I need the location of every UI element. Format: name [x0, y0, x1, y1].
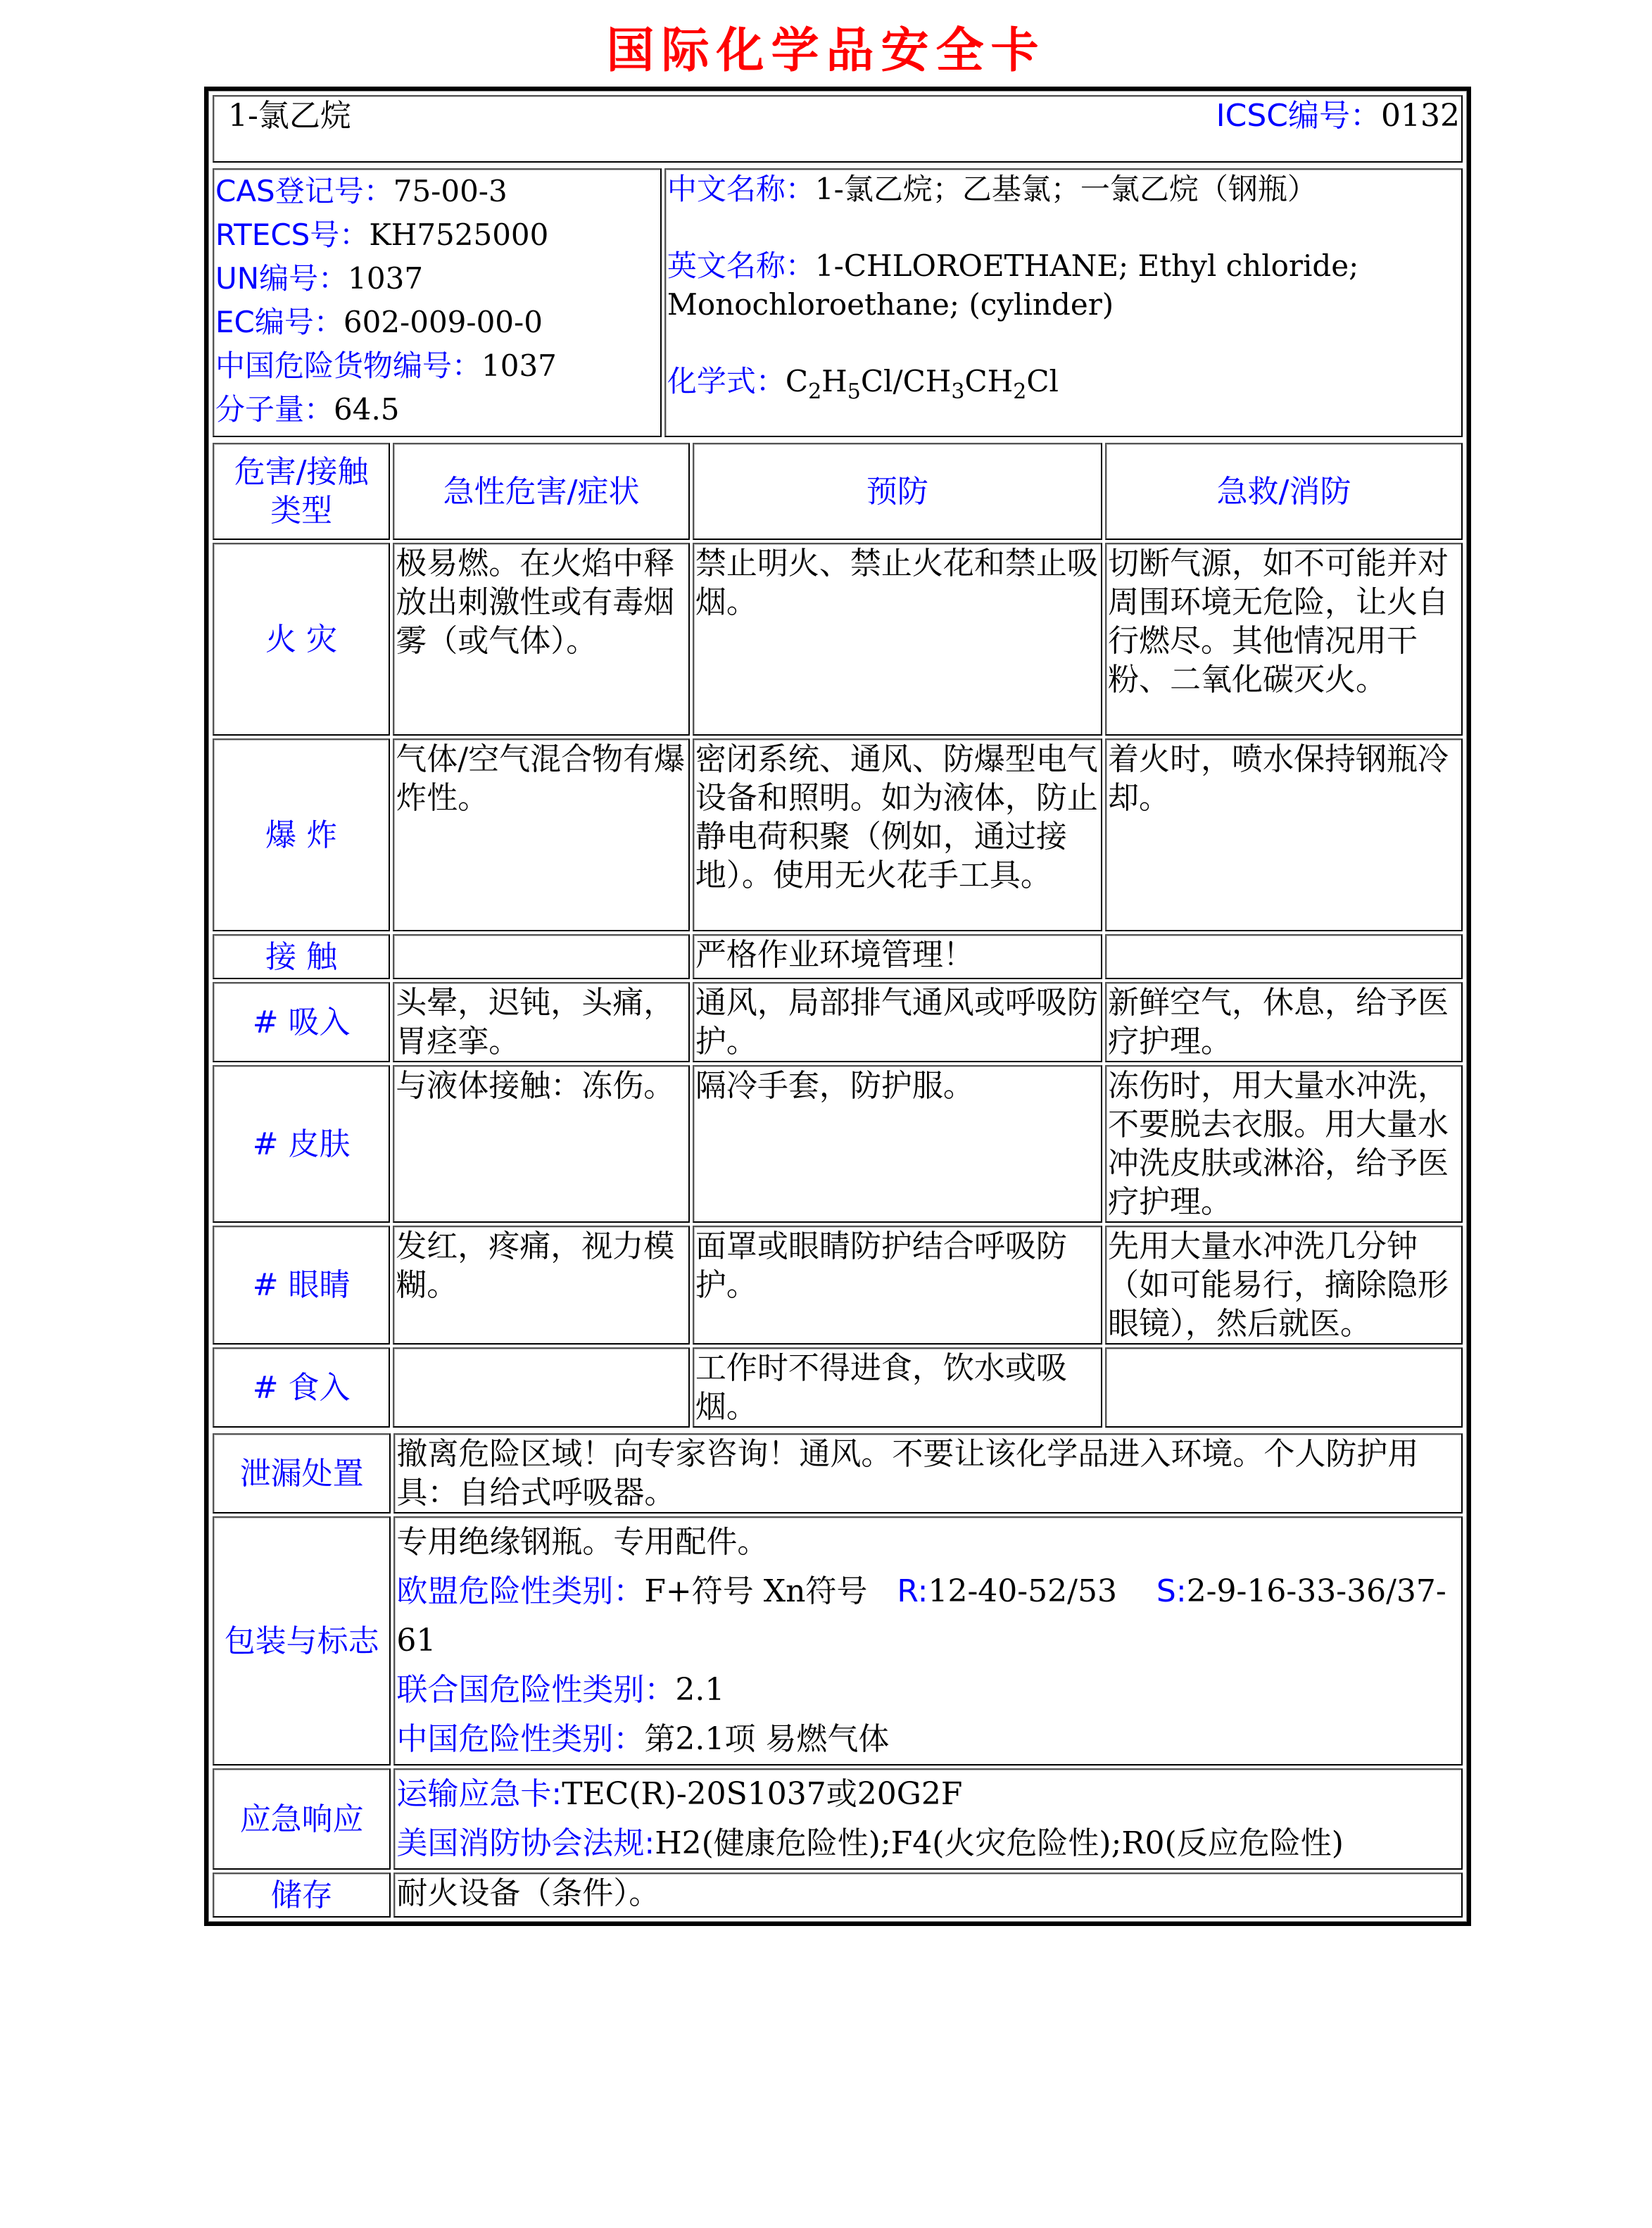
eu-classification: 欧盟危险性类别：F+符号 Xn符号 R:12-40-52/53 S:2-9-16… — [396, 1567, 1460, 1666]
id-rtecs: RTECS号：KH7525000 — [215, 213, 659, 257]
packaging-label: 包装与标志 — [213, 1516, 391, 1766]
id-label: EC编号： — [215, 305, 343, 339]
s-label: S: — [1156, 1573, 1187, 1609]
chinese-name-label: 中文名称： — [667, 172, 815, 206]
chemical-name-cell: 1-氯乙烷 ICSC编号：0132 — [213, 95, 1463, 163]
prevention-cell: 面罩或眼睛防护结合呼吸防护。 — [693, 1226, 1102, 1345]
storage-label: 储存 — [213, 1873, 391, 1918]
first-aid-cell — [1105, 1347, 1463, 1428]
r-value: 12-40-52/53 — [928, 1573, 1117, 1609]
hazard-row-explosion: 爆 炸 气体/空气混合物有爆炸性。 密闭系统、通风、防爆型电气设备和照明。如为液… — [213, 738, 1463, 931]
first-aid-cell: 冻伤时，用大量水冲洗，不要脱去衣服。用大量水冲洗皮肤或淋浴，给予医疗护理。 — [1105, 1065, 1463, 1223]
id-molecular-weight: 分子量：64.5 — [215, 388, 659, 432]
eu-value: F+符号 Xn符号 — [644, 1573, 867, 1609]
hazard-type: 火 灾 — [213, 543, 390, 736]
prevention-cell: 隔冷手套，防护服。 — [693, 1065, 1102, 1223]
id-value: 1037 — [481, 348, 557, 383]
id-cas: CAS登记号：75-00-3 — [215, 170, 659, 213]
id-value: 602-009-00-0 — [343, 305, 543, 339]
col-header-type: 危害/接触类型 — [213, 443, 390, 540]
nfpa-rating: 美国消防协会法规:H2(健康危险性);F4(火灾危险性);R0(反应危险性) — [396, 1819, 1460, 1868]
r-label: R: — [897, 1573, 928, 1609]
english-name: 英文名称：1-CHLOROETHANE; Ethyl chloride; Mon… — [667, 246, 1460, 324]
hazard-table-header: 危害/接触类型 急性危害/症状 预防 急救/消防 — [213, 443, 1463, 540]
hazard-row-eyes: # 眼睛 发红，疼痛，视力模糊。 面罩或眼睛防护结合呼吸防护。 先用大量水冲洗几… — [213, 1226, 1463, 1345]
prevention-cell: 禁止明火、禁止火花和禁止吸烟。 — [693, 543, 1102, 736]
formula-value: C2H5Cl/CH3CH2Cl — [786, 364, 1059, 398]
first-aid-cell: 新鲜空气，休息，给予医疗护理。 — [1105, 982, 1463, 1062]
first-aid-cell: 切断气源，如不可能并对周围环境无危险，让火自行燃尽。其他情况用干粉、二氧化碳灭火… — [1105, 543, 1463, 736]
packaging-row: 包装与标志 专用绝缘钢瓶。专用配件。 欧盟危险性类别：F+符号 Xn符号 R:1… — [213, 1516, 1463, 1766]
nfpa-label: 美国消防协会法规: — [396, 1825, 655, 1861]
id-un: UN编号：1037 — [215, 257, 659, 301]
emergency-cell: 运输应急卡:TEC(R)-20S1037或20G2F 美国消防协会法规:H2(健… — [393, 1768, 1463, 1870]
packaging-container: 专用绝缘钢瓶。专用配件。 — [396, 1518, 1460, 1567]
emergency-row: 应急响应 运输应急卡:TEC(R)-20S1037或20G2F 美国消防协会法规… — [213, 1768, 1463, 1870]
id-value: 1037 — [348, 261, 423, 296]
id-cn-dangerous-goods: 中国危险货物编号：1037 — [215, 344, 659, 388]
spill-label: 泄漏处置 — [213, 1433, 391, 1513]
first-aid-cell: 先用大量水冲洗几分钟（如可能易行，摘除隐形眼镜），然后就医。 — [1105, 1226, 1463, 1345]
acute-cell: 气体/空气混合物有爆炸性。 — [393, 738, 690, 931]
emergency-label: 应急响应 — [213, 1768, 391, 1870]
id-value: 64.5 — [334, 392, 400, 427]
names-cell: 中文名称：1-氯乙烷；乙基氯；一氯乙烷（钢瓶） 英文名称：1-CHLOROETH… — [664, 168, 1463, 437]
un-value: 2.1 — [675, 1672, 724, 1708]
icsc-label: ICSC编号： — [1216, 98, 1381, 134]
cn-classification: 中国危险性类别：第2.1项 易燃气体 — [396, 1715, 1460, 1764]
acute-cell: 头晕，迟钝，头痛，胃痉挛。 — [393, 982, 690, 1062]
hazard-row-skin: # 皮肤 与液体接触：冻伤。 隔冷手套，防护服。 冻伤时，用大量水冲洗，不要脱去… — [213, 1065, 1463, 1223]
spill-text: 撤离危险区域！向专家咨询！通风。不要让该化学品进入环境。个人防护用具：自给式呼吸… — [393, 1433, 1463, 1513]
hazard-type: # 皮肤 — [213, 1065, 390, 1223]
first-aid-cell: 着火时，喷水保持钢瓶冷却。 — [1105, 738, 1463, 931]
cn-value: 第2.1项 易燃气体 — [644, 1721, 889, 1757]
formula-label: 化学式： — [667, 364, 786, 398]
english-name-label: 英文名称： — [667, 248, 815, 283]
un-label: 联合国危险性类别： — [396, 1672, 675, 1708]
chemical-formula: 化学式：C2H5Cl/CH3CH2Cl — [667, 362, 1460, 401]
transport-value: TEC(R)-20S1037或20G2F — [562, 1776, 962, 1812]
acute-cell: 与液体接触：冻伤。 — [393, 1065, 690, 1223]
id-label: UN编号： — [215, 261, 348, 296]
id-value: KH7525000 — [369, 218, 548, 252]
hazard-row-fire: 火 灾 极易燃。在火焰中释放出刺激性或有毒烟雾（或气体）。 禁止明火、禁止火花和… — [213, 543, 1463, 736]
safety-card: 1-氯乙烷 ICSC编号：0132 CAS登记号：75-00-3 RTECS号：… — [204, 87, 1471, 1926]
icsc-number: ICSC编号：0132 — [1216, 96, 1460, 135]
chemical-name: 1-氯乙烷 — [228, 98, 351, 134]
identifiers-cell: CAS登记号：75-00-3 RTECS号：KH7525000 UN编号：103… — [213, 168, 662, 437]
id-label: RTECS号： — [215, 218, 369, 252]
acute-cell — [393, 1347, 690, 1428]
first-aid-cell — [1105, 934, 1463, 979]
page-title: 国际化学品安全卡 — [0, 13, 1652, 81]
chinese-name-value: 1-氯乙烷；乙基氯；一氯乙烷（钢瓶） — [815, 172, 1317, 206]
chinese-name: 中文名称：1-氯乙烷；乙基氯；一氯乙烷（钢瓶） — [667, 170, 1460, 208]
eu-label: 欧盟危险性类别： — [396, 1573, 644, 1609]
transport-card: 运输应急卡:TEC(R)-20S1037或20G2F — [396, 1770, 1460, 1819]
id-label: 中国危险货物编号： — [215, 348, 481, 383]
hazard-row-contact: 接 触 严格作业环境管理！ — [213, 934, 1463, 979]
card-header-table: 1-氯乙烷 ICSC编号：0132 — [210, 92, 1465, 165]
prevention-cell: 密闭系统、通风、防爆型电气设备和照明。如为液体，防止静电荷积聚（例如，通过接地）… — [693, 738, 1102, 931]
hazard-row-inhalation: # 吸入 头晕，迟钝，头痛，胃痉挛。 通风，局部排气通风或呼吸防护。 新鲜空气，… — [213, 982, 1463, 1062]
id-value: 75-00-3 — [393, 174, 507, 208]
acute-cell: 发红，疼痛，视力模糊。 — [393, 1226, 690, 1345]
storage-text: 耐火设备（条件）。 — [393, 1873, 1463, 1918]
storage-row: 储存 耐火设备（条件）。 — [213, 1873, 1463, 1918]
id-label: 分子量： — [215, 392, 334, 427]
acute-cell: 极易燃。在火焰中释放出刺激性或有毒烟雾（或气体）。 — [393, 543, 690, 736]
hazard-type: 爆 炸 — [213, 738, 390, 931]
prevention-cell: 严格作业环境管理！ — [693, 934, 1102, 979]
col-header-first-aid: 急救/消防 — [1105, 443, 1463, 540]
prevention-cell: 工作时不得进食，饮水或吸烟。 — [693, 1347, 1102, 1428]
col-header-prevention: 预防 — [693, 443, 1102, 540]
id-ec: EC编号：602-009-00-0 — [215, 301, 659, 344]
hazard-row-ingestion: # 食入 工作时不得进食，饮水或吸烟。 — [213, 1347, 1463, 1428]
id-label: CAS登记号： — [215, 174, 393, 208]
acute-cell — [393, 934, 690, 979]
un-classification: 联合国危险性类别：2.1 — [396, 1666, 1460, 1715]
transport-label: 运输应急卡: — [396, 1776, 562, 1812]
col-header-acute: 急性危害/症状 — [393, 443, 690, 540]
hazard-type: # 眼睛 — [213, 1226, 390, 1345]
identifiers-table: CAS登记号：75-00-3 RTECS号：KH7525000 UN编号：103… — [210, 165, 1465, 440]
packaging-cell: 专用绝缘钢瓶。专用配件。 欧盟危险性类别：F+符号 Xn符号 R:12-40-5… — [393, 1516, 1463, 1766]
nfpa-value: H2(健康危险性);F4(火灾危险性);R0(反应危险性) — [655, 1825, 1344, 1861]
prevention-cell: 通风，局部排气通风或呼吸防护。 — [693, 982, 1102, 1062]
hazard-type: 接 触 — [213, 934, 390, 979]
icsc-value: 0132 — [1381, 98, 1460, 134]
handling-table: 泄漏处置 撤离危险区域！向专家咨询！通风。不要让该化学品进入环境。个人防护用具：… — [210, 1430, 1465, 1920]
cn-label: 中国危险性类别： — [396, 1721, 644, 1757]
spill-row: 泄漏处置 撤离危险区域！向专家咨询！通风。不要让该化学品进入环境。个人防护用具：… — [213, 1433, 1463, 1513]
hazard-type: # 吸入 — [213, 982, 390, 1062]
hazard-type: # 食入 — [213, 1347, 390, 1428]
hazard-table: 危害/接触类型 急性危害/症状 预防 急救/消防 火 灾 极易燃。在火焰中释放出… — [210, 440, 1465, 1430]
